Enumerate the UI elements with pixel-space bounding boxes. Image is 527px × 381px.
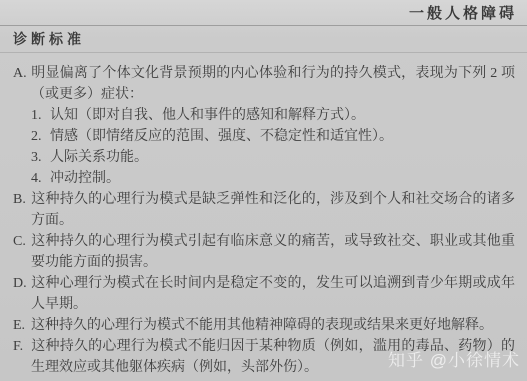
criterion-label: E. <box>13 315 31 336</box>
criterion-a-subitem-4: 4.冲动控制。 <box>13 168 515 189</box>
subitem-text: 情感（即情绪反应的范围、强度、不稳定性和适宜性）。 <box>50 129 393 144</box>
criterion-label: D. <box>13 273 31 294</box>
criterion-text: 明显偏离了个体文化背景预期的内心体验和行为的持久模式，表现为下列 2 项（或更多… <box>31 66 515 102</box>
running-head-title: 一般人格障碍 <box>409 2 517 23</box>
criterion-label: C. <box>13 231 31 252</box>
criterion-text: 这种持久的心理行为模式不能用其他精神障碍的表现或结果来更好地解释。 <box>31 318 493 333</box>
criterion-label: A. <box>13 63 31 84</box>
criterion-a-subitem-2: 2.情感（即情绪反应的范围、强度、不稳定性和适宜性）。 <box>13 126 515 147</box>
subitem-label: 1. <box>31 105 50 126</box>
watermark: 知乎 @小徐情术 <box>388 346 520 371</box>
criterion-label: F. <box>13 336 31 357</box>
criterion-text: 这种持久的心理行为模式引起有临床意义的痛苦，或导致社交、职业或其他重要功能方面的… <box>31 234 515 270</box>
subitem-text: 冲动控制。 <box>50 171 120 186</box>
section-title: 诊断标准 <box>13 29 85 49</box>
criterion-item-d: D.这种心理行为模式在长时间内是稳定不变的，发生可以追溯到青少年期或成年人早期。 <box>13 273 515 315</box>
criterion-label: B. <box>13 189 31 210</box>
criterion-text: 这种持久的心理行为模式是缺乏弹性和泛化的，涉及到个人和社交场合的诸多方面。 <box>31 192 515 228</box>
criterion-item-e: E.这种持久的心理行为模式不能用其他精神障碍的表现或结果来更好地解释。 <box>13 315 515 336</box>
page-header: 一般人格障碍 <box>0 0 527 26</box>
criterion-item-c: C.这种持久的心理行为模式引起有临床意义的痛苦，或导致社交、职业或其他重要功能方… <box>13 231 515 273</box>
criterion-item-a: A.明显偏离了个体文化背景预期的内心体验和行为的持久模式，表现为下列 2 项（或… <box>13 63 515 105</box>
section-header: 诊断标准 <box>0 26 527 53</box>
scanned-document-page: 一般人格障碍 诊断标准 A.明显偏离了个体文化背景预期的内心体验和行为的持久模式… <box>0 0 527 381</box>
subitem-text: 人际关系功能。 <box>50 150 148 165</box>
criterion-a-subitem-3: 3.人际关系功能。 <box>13 147 515 168</box>
criterion-text: 这种心理行为模式在长时间内是稳定不变的，发生可以追溯到青少年期或成年人早期。 <box>31 276 515 312</box>
subitem-label: 2. <box>31 126 50 147</box>
subitem-label: 4. <box>31 168 50 189</box>
subitem-text: 认知（即对自我、他人和事件的感知和解释方式）。 <box>50 108 365 123</box>
criteria-list: A.明显偏离了个体文化背景预期的内心体验和行为的持久模式，表现为下列 2 项（或… <box>0 53 527 378</box>
subitem-label: 3. <box>31 147 50 168</box>
criterion-a-subitem-1: 1.认知（即对自我、他人和事件的感知和解释方式）。 <box>13 105 515 126</box>
criterion-item-b: B.这种持久的心理行为模式是缺乏弹性和泛化的，涉及到个人和社交场合的诸多方面。 <box>13 189 515 231</box>
